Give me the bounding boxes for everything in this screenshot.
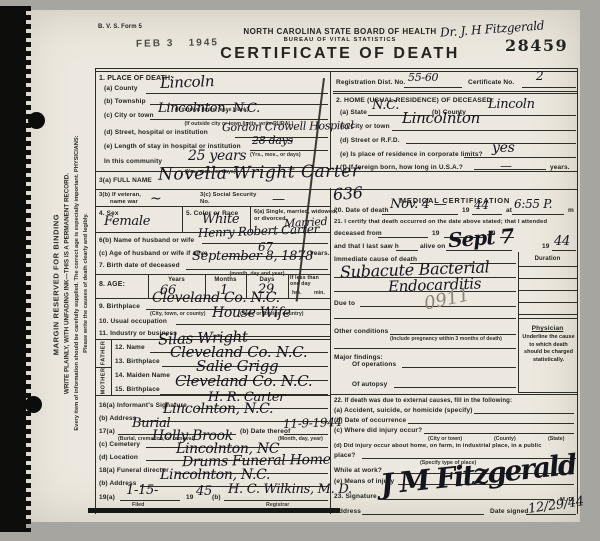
torn-perforation-edge xyxy=(24,6,31,532)
cause-code-handwritten: 636 xyxy=(332,183,363,204)
at-label: at xyxy=(506,207,512,214)
min-hint: min. xyxy=(314,290,325,296)
field-line xyxy=(334,348,516,349)
punch-hole xyxy=(28,112,45,129)
birthplace-value: Cleveland Co. N.C. xyxy=(152,290,280,306)
field-line xyxy=(402,367,516,368)
township-label: (b) Township xyxy=(104,98,146,105)
board-name: NORTH CAROLINA STATE BOARD OF HEALTH xyxy=(215,27,465,36)
mother-birthplace-value: Cleveland Co. N.C. xyxy=(175,372,312,390)
field-line xyxy=(378,237,428,238)
veteran-label: 3(b) If veteran, xyxy=(99,192,141,198)
major-findings-label: Major findings: xyxy=(334,354,383,361)
punch-hole xyxy=(25,396,42,413)
marital-label-2: or divorced xyxy=(254,216,286,222)
home-city-label: (c) City or town xyxy=(340,123,390,130)
cemetery-location-label: (d) Location xyxy=(99,454,138,461)
community-years-value: 25 years xyxy=(188,148,246,164)
yrs-mos-days-hint: (Yrs., mos., or days) xyxy=(250,152,301,158)
informant-address-label: (b) Address xyxy=(99,415,137,422)
field-line xyxy=(404,87,462,88)
injury-place-line2: place? xyxy=(334,452,356,459)
field-line xyxy=(362,514,484,515)
age-label: 8. AGE: xyxy=(99,281,125,288)
certificate-serial-number: 28459 xyxy=(505,36,568,55)
physician-box-note: Underline the cause to which death shoul… xyxy=(521,334,576,365)
rule-line xyxy=(518,302,577,303)
in-this-community-label: In this community xyxy=(104,158,162,165)
birth-date-value: September 8, 1878 xyxy=(192,249,313,264)
rule-line xyxy=(288,274,289,298)
filed-number-label: 19(a) xyxy=(99,494,115,501)
ssn-label: 3(c) Social Security xyxy=(200,192,256,198)
occurrence-date-label: (b) Date of occurrence xyxy=(334,417,406,424)
home-street-label: (d) Street or R.F.D. xyxy=(340,137,400,144)
city-value: Lincolnton, N.C. xyxy=(158,101,260,116)
margin-physicians-note: Please write the causes of death clearly… xyxy=(83,73,89,493)
father-side-box: FATHER xyxy=(95,339,111,367)
field-line xyxy=(424,433,574,434)
field-line xyxy=(464,157,576,158)
home-state-value: N.C. xyxy=(372,98,399,113)
cemetery-label: (c) Cemetery xyxy=(99,441,140,448)
hospital-value: Gordon Crowell Hospital xyxy=(222,119,354,134)
physician-signature-label: 23. Signature xyxy=(334,493,377,500)
field-line xyxy=(522,87,576,88)
field-line xyxy=(224,500,328,501)
city-label: (c) City or town xyxy=(104,112,154,119)
filed-date-value: 1-15- xyxy=(126,483,158,498)
field-line xyxy=(392,130,576,131)
state-hint: (State) xyxy=(548,436,564,442)
field-line xyxy=(380,499,554,500)
field-line xyxy=(406,143,576,144)
death-time-value: 6:55 P. xyxy=(514,197,552,211)
binding-edge xyxy=(0,6,26,532)
funeral-director-label: 18(a) Funeral director xyxy=(99,467,169,474)
printed-19: 19 xyxy=(542,243,550,250)
pregnancy-hint: (Include pregnancy within 3 months of de… xyxy=(390,336,502,342)
street-hospital-label: (d) Street, hospital or institution xyxy=(104,129,208,136)
home-county-value: Lincoln xyxy=(488,97,535,112)
death-certificate-scan: MARGIN RESERVED FOR BINDING WRITE PLAINL… xyxy=(0,0,600,541)
rule-line xyxy=(333,91,577,92)
home-state-label: (a) State xyxy=(340,109,367,116)
field-line xyxy=(334,291,516,292)
city-hint: (City or town) xyxy=(428,436,462,442)
attended-from-label: deceased from xyxy=(334,230,382,237)
county-value: Lincoln xyxy=(160,72,215,92)
rule-line xyxy=(333,93,577,94)
physician-address-label: Address xyxy=(334,508,361,515)
last-saw-label: and that I last saw h xyxy=(334,243,399,250)
field-line xyxy=(474,413,574,414)
veteran-value: ~ xyxy=(150,191,161,207)
accident-label: (a) Accident, suicide, or homicide (spec… xyxy=(334,407,473,414)
last-saw-year-value: 44 xyxy=(554,234,570,249)
printed-19: 19 xyxy=(186,494,194,501)
ssn-value: — xyxy=(272,192,285,207)
field-line xyxy=(382,214,458,215)
occupation-value: House Wife xyxy=(212,305,291,321)
father-birthplace-label: 13. Birthplace xyxy=(115,358,160,365)
field-line xyxy=(176,324,330,325)
m-label: m xyxy=(568,207,574,214)
field-line xyxy=(552,250,576,251)
rule-line xyxy=(518,392,577,393)
full-name-label: 3(a) FULL NAME xyxy=(99,177,152,184)
field-line xyxy=(120,500,180,501)
certificate-title: CERTIFICATE OF DEATH xyxy=(200,45,480,63)
father-name-label: 12. Name xyxy=(115,344,145,351)
form-number: B. V. S. Form 5 xyxy=(98,24,142,30)
while-at-work-label: While at work? xyxy=(334,467,382,474)
rule-line xyxy=(577,68,578,514)
years-suffix: years. xyxy=(550,164,570,171)
injury-place-line1: (d) Did injury occur about home, on farm… xyxy=(334,443,542,449)
duration-header: Duration xyxy=(518,256,577,262)
margin-every-item-note: Every item of information should be care… xyxy=(74,73,80,493)
home-heading: 2. HOME (USUAL RESIDENCE) OF DECEASED: xyxy=(336,97,494,104)
rule-line xyxy=(518,314,577,315)
corporate-limits-value: yes xyxy=(492,140,514,156)
veteran-label-2: name war xyxy=(110,199,138,205)
age-years-header: Years xyxy=(148,277,205,283)
full-name-value: Novella Wright Carter xyxy=(158,161,361,185)
funeral-address-value: Lincolnton, N.C. xyxy=(160,467,270,483)
field-line xyxy=(146,93,328,94)
field-line xyxy=(334,318,516,319)
field-line xyxy=(186,269,328,270)
rule-line xyxy=(518,290,577,291)
physician-box-title: Physician xyxy=(518,325,577,332)
field-line xyxy=(474,169,546,170)
occupation-label: 10. Usual occupation xyxy=(99,318,167,325)
where-injury-label: (c) Where did injury occur? xyxy=(334,427,422,434)
rule-line xyxy=(518,318,577,319)
field-line xyxy=(396,250,418,251)
birthplace-hint-1: (City, town, or county) xyxy=(150,311,206,317)
field-line xyxy=(250,150,328,151)
rule-line xyxy=(330,394,577,395)
rule-line xyxy=(95,68,578,69)
bottom-thick-rule xyxy=(88,508,340,513)
printed-19: 19 xyxy=(432,230,440,237)
home-city-value: Lincolnton xyxy=(402,109,480,127)
of-autopsy-label: Of autopsy xyxy=(352,381,387,388)
field-line xyxy=(394,387,516,388)
alive-on-label: alive on xyxy=(420,243,445,250)
length-of-stay-value-struck: 28 days xyxy=(252,134,293,147)
other-conditions-label: Other conditions xyxy=(334,328,388,335)
due-to-label: Due to xyxy=(334,300,355,307)
corporate-limits-label: (e) Is place of residence in corporate l… xyxy=(340,151,483,158)
certificate-no-label: Certificate No. xyxy=(468,79,514,86)
death-year-value: 44 xyxy=(474,198,489,212)
field-line xyxy=(472,214,502,215)
mother-maiden-label: 14. Maiden Name xyxy=(115,372,170,379)
filed-b-label: (b) xyxy=(212,494,221,501)
county-label: (a) County xyxy=(104,85,138,92)
husband-label: 6(b) Name of husband or wife xyxy=(99,237,194,244)
rule-line xyxy=(95,71,578,72)
bureau-name: BUREAU OF VITAL STATISTICS xyxy=(215,37,465,43)
birth-date-label: 7. Birth date of deceased xyxy=(99,262,180,269)
burial-date-hint: (Month, day, year) xyxy=(278,436,323,442)
printed-19: 19 xyxy=(462,207,470,214)
registration-district-label: Registration Dist. No. xyxy=(336,79,405,86)
county-hint: (County) xyxy=(494,436,516,442)
age-less-than-day-header: If less than one day xyxy=(290,276,330,288)
field-line xyxy=(408,423,574,424)
mother-birthplace-label: 15. Birthplace xyxy=(115,386,160,393)
field-line xyxy=(466,115,576,116)
field-line xyxy=(390,334,516,335)
margin-write-plainly-note: WRITE PLAINLY, WITH UNFADING INK—THIS IS… xyxy=(64,74,71,494)
date-of-death-value: Nov. 4 — xyxy=(390,197,446,212)
field-line xyxy=(284,434,328,435)
date-signed-label: Date signed xyxy=(490,508,529,515)
mother-side-label: MOTHER xyxy=(100,368,106,395)
sex-value: Female xyxy=(104,214,150,229)
father-side-label: FATHER xyxy=(100,341,106,366)
ssn-label-2: No. xyxy=(200,199,210,205)
rule-line xyxy=(518,266,577,267)
last-saw-date-scrawl: Sept 7 xyxy=(447,224,514,252)
margin-binding-note: MARGIN RESERVED FOR BINDING xyxy=(52,75,61,495)
filed-year-value: 45 xyxy=(196,484,212,499)
informant-address-value: Lincolnton, N.C. xyxy=(163,401,273,417)
mother-side-box: MOTHER xyxy=(95,367,111,395)
birthplace-label: 9. Birthplace xyxy=(99,303,140,310)
field-line xyxy=(526,514,576,515)
certificate-no-value: 2 xyxy=(536,69,543,83)
hrs-hint: hrs. xyxy=(292,290,302,296)
burial-number-label: 17(a) xyxy=(99,428,115,435)
rule-line xyxy=(111,339,112,395)
date-of-death-label: 20. Date of death xyxy=(334,207,389,214)
external-causes-heading: 22. If death was due to external causes,… xyxy=(334,398,512,404)
field-line xyxy=(512,214,564,215)
rule-line xyxy=(95,68,96,514)
rule-line xyxy=(95,206,330,207)
of-operations-label: Of operations xyxy=(352,361,396,368)
certify-statement: 21. I certify that death occurred on the… xyxy=(334,219,547,225)
rule-line xyxy=(182,206,183,232)
registration-district-value: 55-60 xyxy=(408,71,438,84)
rule-line xyxy=(518,278,577,279)
